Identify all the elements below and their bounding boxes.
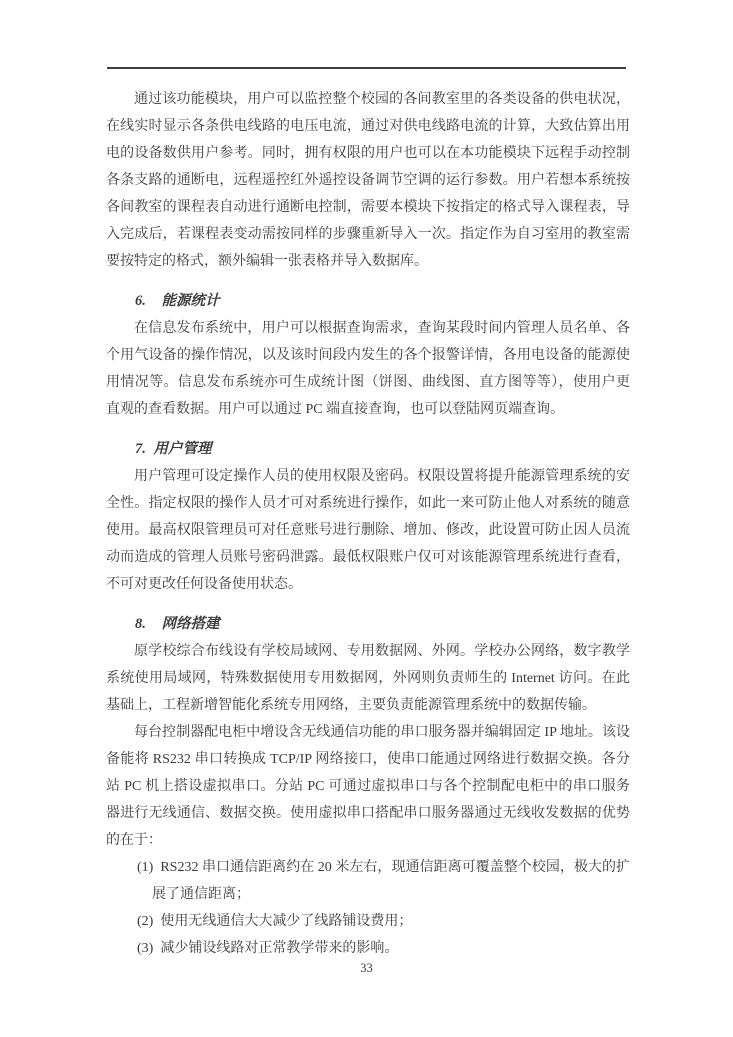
- section-number: 7.: [135, 441, 146, 457]
- page-number: 33: [0, 961, 733, 976]
- section-number: 6.: [135, 293, 146, 309]
- paragraph-user-management: 用户管理可设定操作人员的使用权限及密码。权限设置将提升能源管理系统的安全性。指定…: [106, 463, 630, 598]
- list-item: (1)RS232 串口通信距离约在 20 米左右，现通信距离可覆盖整个校园，极大…: [152, 854, 630, 908]
- list-item: (2)使用无线通信大大减少了线路铺设费用；: [152, 908, 630, 935]
- section-heading-network-setup: 8. 网络搭建: [106, 611, 630, 638]
- paragraph-energy-statistics: 在信息发布系统中，用户可以根据查询需求，查询某段时间内管理人员名单、各个用气设备…: [106, 315, 630, 423]
- section-heading-energy-statistics: 6. 能源统计: [106, 288, 630, 315]
- list-item-marker: (1): [137, 860, 153, 875]
- list-item-marker: (3): [137, 941, 153, 956]
- section-title: 能源统计: [162, 293, 220, 309]
- section-heading-user-management: 7. 用户管理: [106, 436, 630, 463]
- page-content: 通过该功能模块，用户可以监控整个校园的各间教室里的各类设备的供电状况，在线实时显…: [106, 86, 630, 962]
- paragraph-power-monitoring: 通过该功能模块，用户可以监控整个校园的各间教室里的各类设备的供电状况，在线实时显…: [106, 86, 630, 275]
- paragraph-serial-server: 每台控制器配电柜中增设含无线通信功能的串口服务器并编辑固定 IP 地址。该设备能…: [106, 719, 630, 854]
- list-item: (3)减少铺设线路对正常教学带来的影响。: [152, 935, 630, 962]
- section-title: 网络搭建: [162, 616, 220, 632]
- advantages-list: (1)RS232 串口通信距离约在 20 米左右，现通信距离可覆盖整个校园，极大…: [106, 854, 630, 962]
- list-item-text: RS232 串口通信距离约在 20 米左右，现通信距离可覆盖整个校园，极大的扩展…: [152, 860, 630, 902]
- header-divider-rule: [107, 67, 626, 69]
- document-page: 通过该功能模块，用户可以监控整个校园的各间教室里的各类设备的供电状况，在线实时显…: [0, 0, 733, 1037]
- list-item-text: 减少铺设线路对正常教学带来的影响。: [160, 941, 398, 956]
- section-number: 8.: [135, 616, 146, 632]
- paragraph-network-overview: 原学校综合布线设有学校局域网、专用数据网、外网。学校办公网络，数字教学系统使用局…: [106, 638, 630, 719]
- list-item-marker: (2): [137, 914, 153, 929]
- list-item-text: 使用无线通信大大减少了线路铺设费用；: [160, 914, 412, 929]
- section-title: 用户管理: [154, 441, 212, 457]
